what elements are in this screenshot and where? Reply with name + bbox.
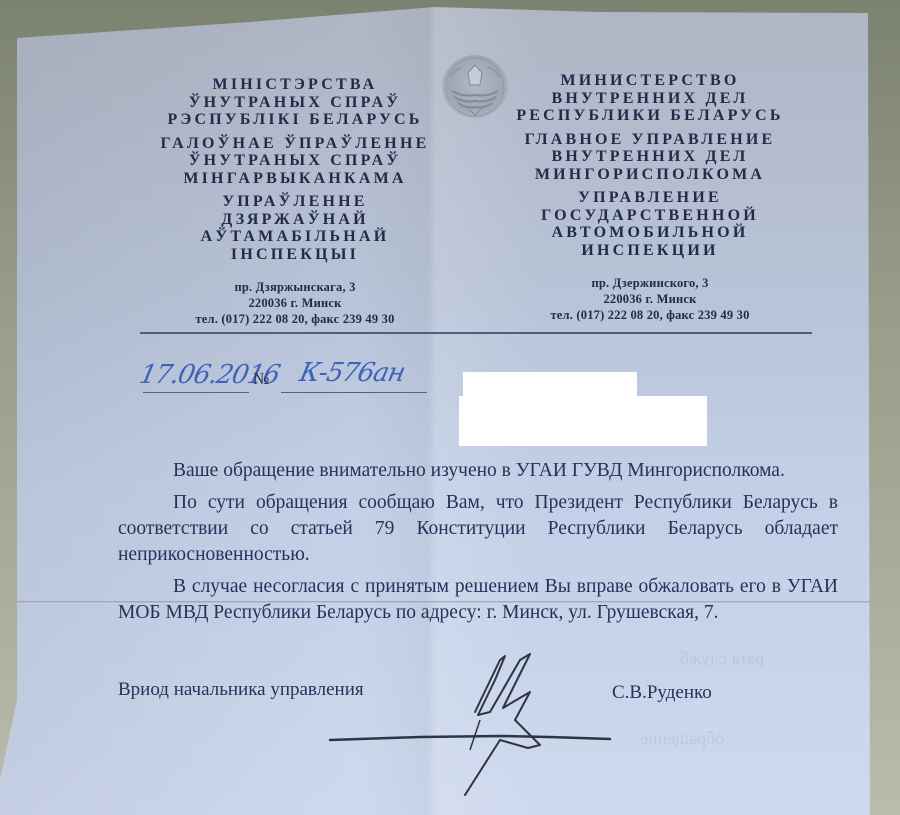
header-group-inspection: УПРАЎЛЕННЕ ДЗЯРЖАЎНАЙ АЎТАМАБІЛЬНАЙ ІНСП… (150, 193, 440, 263)
header-line: УПРАВЛЕНИЕ (505, 189, 795, 207)
header-divider (140, 332, 812, 334)
header-address: пр. Дзержинского, 3 220036 г. Минск тел.… (505, 275, 795, 323)
header-line: ІНСПЕКЦЫІ (150, 246, 440, 264)
header-line: ГОСУДАРСТВЕННОЙ (505, 207, 795, 225)
header-line: ВНУТРЕННИХ ДЕЛ (505, 90, 795, 108)
header-line: МІНІСТЭРСТВА (150, 76, 440, 94)
header-line: АЎТАМАБІЛЬНАЙ (150, 228, 440, 246)
header-line: РЕСПУБЛИКИ БЕЛАРУСЬ (505, 107, 795, 125)
header-line: УПРАЎЛЕННЕ (150, 193, 440, 211)
header-line: ИНСПЕКЦИИ (505, 242, 795, 260)
show-through-text: рата служб (680, 648, 764, 669)
redacted-recipient-block (463, 372, 637, 397)
address-phone: тел. (017) 222 08 20, факс 239 49 30 (505, 307, 795, 323)
belarus-coat-of-arms-icon (442, 55, 508, 119)
header-russian: МИНИСТЕРСТВО ВНУТРЕННИХ ДЕЛ РЕСПУБЛИКИ Б… (505, 72, 795, 323)
body-paragraph: По сути обращения сообщаю Вам, что Прези… (118, 490, 838, 568)
redacted-recipient-block (459, 396, 707, 446)
date-underline (143, 392, 249, 393)
body-paragraph: В случае несогласия с принятым решением … (118, 574, 838, 626)
address-street: пр. Дзержинского, 3 (505, 275, 795, 291)
header-line: ГАЛОЎНАЕ ЎПРАЎЛЕННЕ (150, 135, 440, 153)
header-line: ДЗЯРЖАЎНАЙ (150, 211, 440, 229)
address-street: пр. Дзяржынскага, 3 (150, 279, 440, 295)
header-belarusian: МІНІСТЭРСТВА ЎНУТРАНЫХ СПРАЎ РЭСПУБЛІКІ … (150, 76, 440, 327)
letter-body: Ваше обращение внимательно изучено в УГА… (118, 458, 838, 632)
header-group-main-department: ГАЛОЎНАЕ ЎПРАЎЛЕННЕ ЎНУТРАНЫХ СПРАЎ МІНГ… (150, 135, 440, 188)
header-address: пр. Дзяржынскага, 3 220036 г. Минск тел.… (150, 279, 440, 327)
header-group-ministry: МІНІСТЭРСТВА ЎНУТРАНЫХ СПРАЎ РЭСПУБЛІКІ … (150, 76, 440, 129)
header-line: ВНУТРЕННИХ ДЕЛ (505, 148, 795, 166)
body-paragraph: Ваше обращение внимательно изучено в УГА… (118, 458, 838, 484)
header-line: ГЛАВНОЕ УПРАВЛЕНИЕ (505, 131, 795, 149)
handwritten-signature (300, 640, 680, 815)
header-group-main-department: ГЛАВНОЕ УПРАВЛЕНИЕ ВНУТРЕННИХ ДЕЛ МИНГОР… (505, 131, 795, 184)
header-line: МИНГОРИСПОЛКОМА (505, 166, 795, 184)
number-underline (281, 392, 427, 393)
header-line: МІНГАРВЫКАНКАМА (150, 170, 440, 188)
header-line: МИНИСТЕРСТВО (505, 72, 795, 90)
header-line: АВТОМОБИЛЬНОЙ (505, 224, 795, 242)
handwritten-number: К-576ан (297, 358, 408, 388)
address-city: 220036 г. Минск (505, 291, 795, 307)
number-sign: № (253, 369, 269, 389)
header-group-ministry: МИНИСТЕРСТВО ВНУТРЕННИХ ДЕЛ РЕСПУБЛИКИ Б… (505, 72, 795, 125)
letter-paper: рата служб обращение МІНІСТЭРСТВА ЎНУТРА… (0, 0, 900, 815)
address-city: 220036 г. Минск (150, 295, 440, 311)
header-line: ЎНУТРАНЫХ СПРАЎ (150, 152, 440, 170)
header-line: РЭСПУБЛІКІ БЕЛАРУСЬ (150, 111, 440, 129)
header-line: ЎНУТРАНЫХ СПРАЎ (150, 94, 440, 112)
header-group-inspection: УПРАВЛЕНИЕ ГОСУДАРСТВЕННОЙ АВТОМОБИЛЬНОЙ… (505, 189, 795, 259)
address-phone: тел. (017) 222 08 20, факс 239 49 30 (150, 311, 440, 327)
